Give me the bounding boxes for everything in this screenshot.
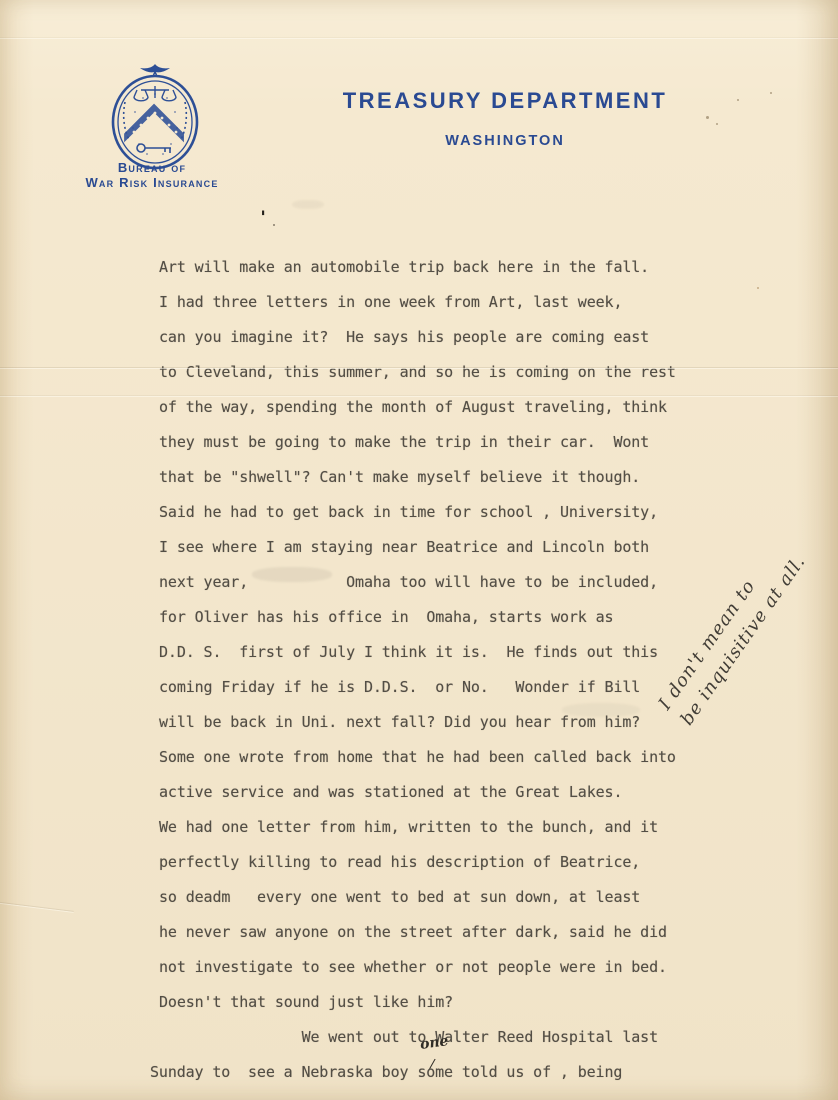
typed-line: Art will make an automobile trip back he… — [159, 250, 759, 285]
typed-line: can you imagine it? He says his people a… — [159, 320, 759, 355]
paper-speck — [737, 99, 739, 101]
paper-speck — [757, 287, 759, 289]
typed-line: that be "shwell"? Can't make myself beli… — [159, 460, 759, 495]
typed-line: next year, Omaha too will have to be inc… — [159, 565, 759, 600]
paper-speck — [716, 123, 718, 125]
typed-line: We went out to Walter Reed Hospital last — [159, 1020, 759, 1055]
erased-text-smudge — [252, 567, 332, 582]
fold-crease — [0, 37, 838, 38]
letter-page: Bureau of War Risk Insurance TREASURY DE… — [0, 0, 838, 1100]
typed-line: Sunday to see a Nebraska boy some told u… — [150, 1055, 759, 1090]
typed-line: not investigate to see whether or not pe… — [159, 950, 759, 985]
typed-line: they must be going to make the trip in t… — [159, 425, 759, 460]
paper-speck — [273, 224, 275, 226]
typed-line: D.D. S. first of July I think it is. He … — [159, 635, 759, 670]
typed-line: Doesn't that sound just like him? — [159, 985, 759, 1020]
paper-speck — [770, 92, 772, 94]
bureau-line2: War Risk Insurance — [52, 175, 252, 191]
letter-body: Art will make an automobile trip back he… — [159, 250, 759, 1090]
typed-line: Some one wrote from home that he had bee… — [159, 740, 759, 775]
typed-line: perfectly killing to read his descriptio… — [159, 845, 759, 880]
paper-speck — [706, 116, 709, 119]
department-title: TREASURY DEPARTMENT — [285, 88, 725, 114]
typed-line: active service and was stationed at the … — [159, 775, 759, 810]
typed-line: We had one letter from him, written to t… — [159, 810, 759, 845]
fold-crease — [0, 367, 838, 368]
bureau-caption: Bureau of War Risk Insurance — [52, 160, 252, 191]
typed-line: to Cleveland, this summer, and so he is … — [159, 355, 759, 390]
fold-crease — [0, 901, 74, 912]
stray-ink-mark: ' — [258, 208, 268, 228]
typed-line: I see where I am staying near Beatrice a… — [159, 530, 759, 565]
bureau-line1: Bureau of — [52, 160, 252, 175]
city-subtitle: WASHINGTON — [285, 133, 725, 149]
erased-text-smudge — [562, 703, 640, 717]
fold-crease — [0, 395, 838, 396]
typed-line: so deadm every one went to bed at sun do… — [159, 880, 759, 915]
typed-line: I had three letters in one week from Art… — [159, 285, 759, 320]
erased-text-smudge — [292, 200, 324, 209]
typed-line: for Oliver has his office in Omaha, star… — [159, 600, 759, 635]
typed-line: Said he had to get back in time for scho… — [159, 495, 759, 530]
typed-line: he never saw anyone on the street after … — [159, 915, 759, 950]
